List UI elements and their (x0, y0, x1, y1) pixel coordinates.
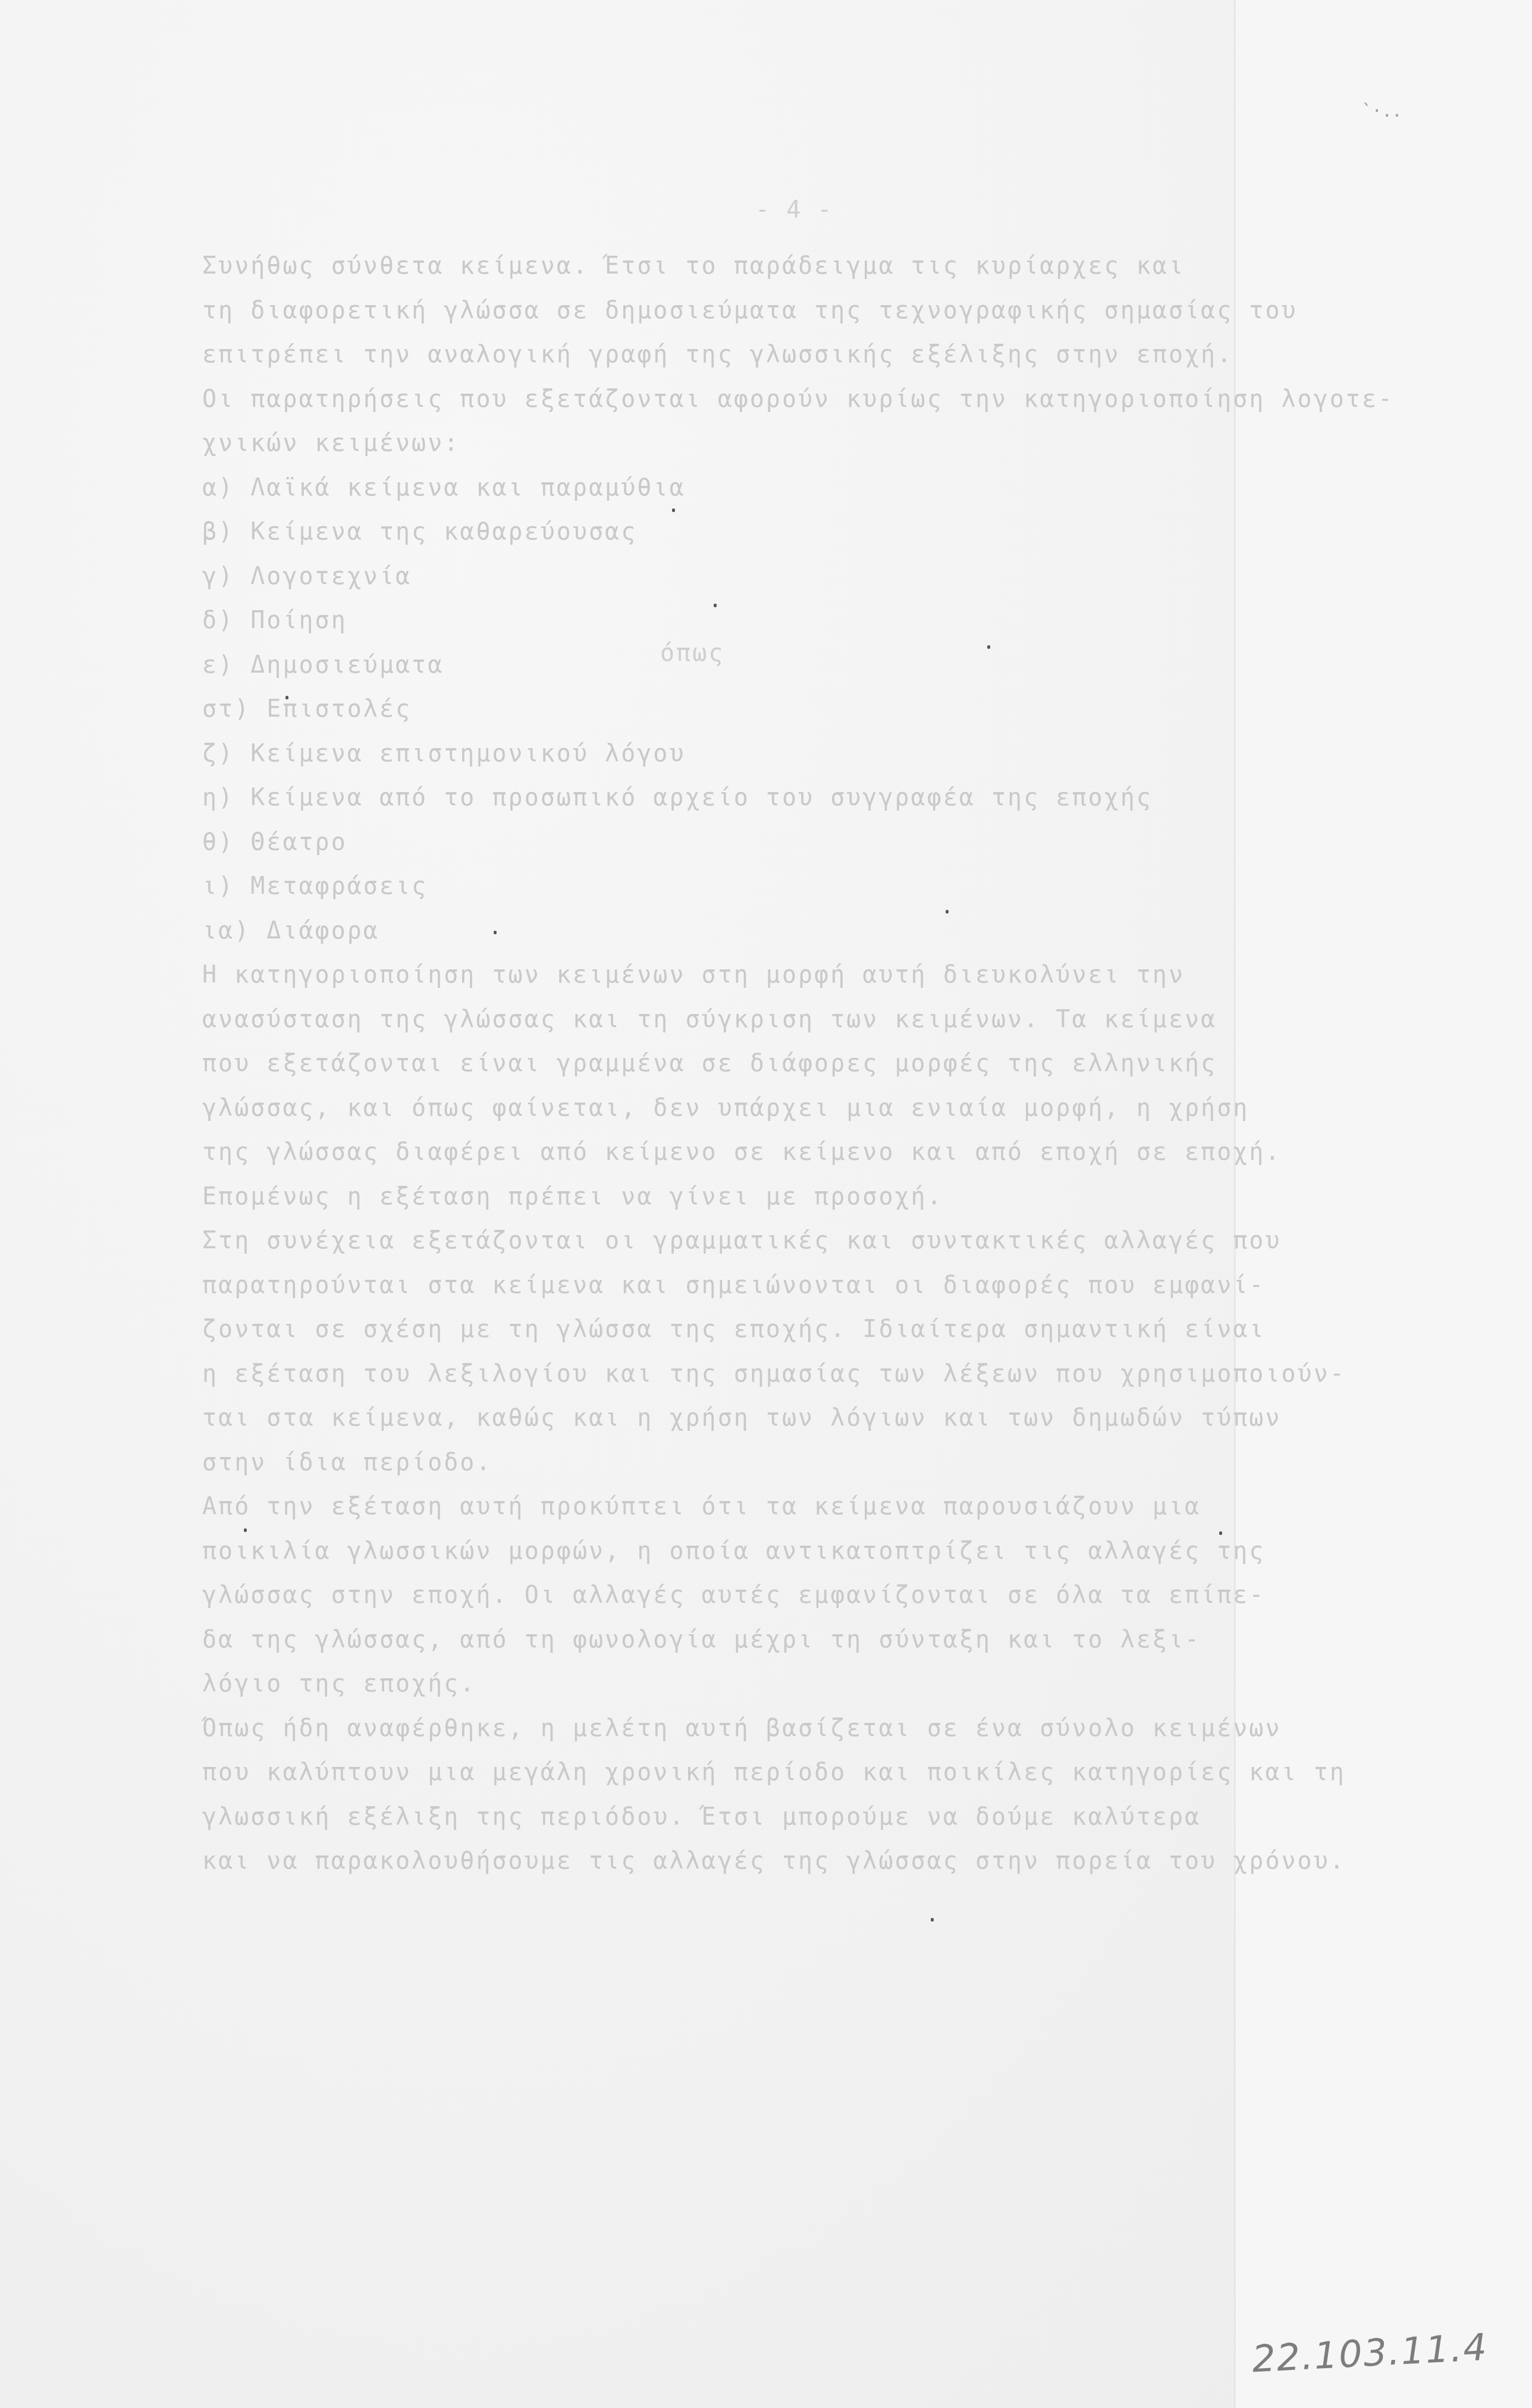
scan-speck (672, 508, 675, 512)
scan-speck (714, 604, 717, 607)
inserted-word: όπως (660, 639, 724, 667)
scan-speck (946, 910, 949, 913)
text-line: β) Κείμενα της καθαρεύουσας (202, 510, 1332, 554)
text-line: η) Κείμενα από το προσωπικό αρχείο του σ… (202, 776, 1332, 820)
text-line: Συνήθως σύνθετα κείμενα. Έτσι το παράδει… (202, 244, 1332, 288)
text-line: γλώσσας, και όπως φαίνεται, δεν υπάρχει … (202, 1086, 1332, 1131)
text-line: στ) Επιστολές (202, 687, 1332, 731)
scan-speck (987, 645, 990, 649)
text-line: Όπως ήδη αναφέρθηκε, η μελέτη αυτή βασίζ… (202, 1706, 1332, 1751)
text-line: που καλύπτουν μια μεγάλη χρονική περίοδο… (202, 1750, 1332, 1795)
text-line: Στη συνέχεια εξετάζονται οι γραμματικές … (202, 1219, 1332, 1263)
text-line: η εξέταση του λεξιλογίου και της σημασία… (202, 1352, 1332, 1396)
text-line: γλωσσική εξέλιξη της περιόδου. Έτσι μπορ… (202, 1795, 1332, 1839)
text-line: και να παρακολουθήσουμε τις αλλαγές της … (202, 1839, 1332, 1883)
typewritten-body: Συνήθως σύνθετα κείμενα. Έτσι το παράδει… (202, 244, 1332, 1883)
text-line: Επομένως η εξέταση πρέπει να γίνει με πρ… (202, 1175, 1332, 1219)
text-line: ται στα κείμενα, καθώς και η χρήση των λ… (202, 1396, 1332, 1440)
scan-speck (244, 1528, 247, 1532)
text-line: α) Λαϊκά κείμενα και παραμύθια (202, 466, 1332, 510)
text-line: ε) Δημοσιεύματα (202, 643, 1332, 687)
text-line: χνικών κειμένων: (202, 421, 1332, 466)
text-line: Η κατηγοριοποίηση των κειμένων στη μορφή… (202, 953, 1332, 997)
document-page: `·.. - 4 - Συνήθως σύνθετα κείμενα. Έτσι… (0, 0, 1532, 2408)
text-line: τη διαφορετική γλώσσα σε δημοσιεύματα τη… (202, 288, 1332, 333)
text-line: γλώσσας στην εποχή. Οι αλλαγές αυτές εμφ… (202, 1573, 1332, 1618)
text-line: θ) Θέατρο (202, 820, 1332, 865)
text-line: λόγιο της εποχής. (202, 1662, 1332, 1706)
scan-speck (1219, 1531, 1222, 1535)
text-line: δ) Ποίηση (202, 598, 1332, 643)
text-line: της γλώσσας διαφέρει από κείμενο σε κείμ… (202, 1130, 1332, 1175)
text-line: ι) Μεταφράσεις (202, 864, 1332, 909)
text-line: στην ίδια περίοδο. (202, 1440, 1332, 1485)
page-number: - 4 - (755, 196, 833, 224)
scan-speck (494, 931, 497, 934)
text-line: Οι παρατηρήσεις που εξετάζονται αφορούν … (202, 377, 1332, 422)
scan-speck (285, 696, 288, 699)
text-line: ζονται σε σχέση με τη γλώσσα της εποχής.… (202, 1307, 1332, 1352)
text-line: ια) Διάφορα (202, 909, 1332, 953)
text-line: που εξετάζονται είναι γραμμένα σε διάφορ… (202, 1041, 1332, 1086)
text-line: Από την εξέταση αυτή προκύπτει ότι τα κε… (202, 1484, 1332, 1529)
corner-mark: `·.. (1362, 101, 1402, 121)
text-line: γ) Λογοτεχνία (202, 554, 1332, 599)
text-line: δα της γλώσσας, από τη φωνολογία μέχρι τ… (202, 1618, 1332, 1662)
text-line: επιτρέπει την αναλογική γραφή της γλωσσι… (202, 332, 1332, 377)
text-line: παρατηρούνται στα κείμενα και σημειώνοντ… (202, 1263, 1332, 1308)
text-line: ζ) Κείμενα επιστημονικού λόγου (202, 731, 1332, 776)
text-line: ανασύσταση της γλώσσας και τη σύγκριση τ… (202, 997, 1332, 1042)
scan-speck (931, 1918, 934, 1922)
text-line: ποικιλία γλωσσικών μορφών, η οποία αντικ… (202, 1529, 1332, 1574)
